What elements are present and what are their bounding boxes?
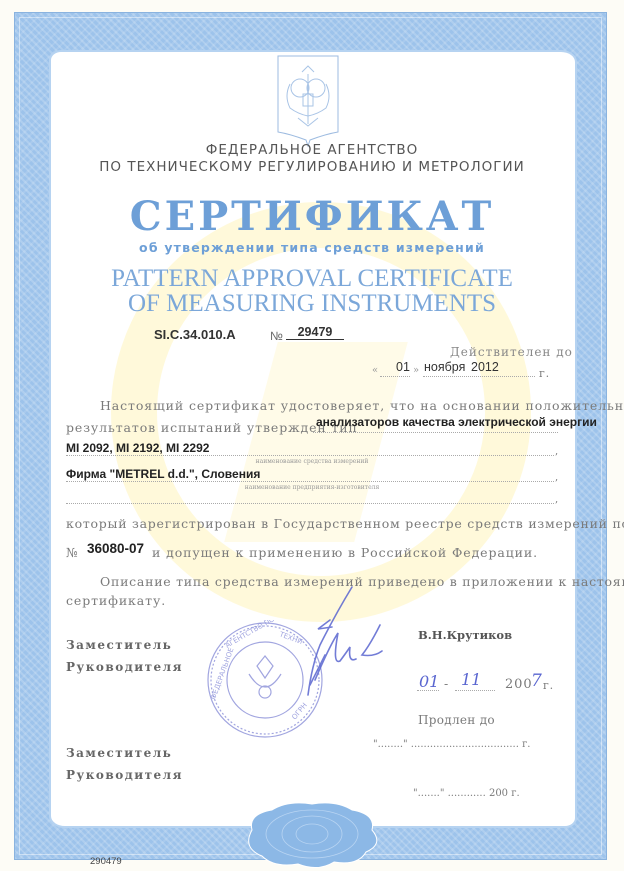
registry-suffix: и допущен к применению в Российской Феде… bbox=[152, 545, 538, 560]
agency-name-line2: ПО ТЕХНИЧЕСКОМУ РЕГУЛИРОВАНИЮ И МЕТРОЛОГ… bbox=[0, 159, 624, 175]
signer-name: В.Н.Крутиков bbox=[418, 628, 512, 642]
issue-dash: - bbox=[444, 676, 449, 691]
quote-open: « bbox=[372, 365, 378, 376]
valid-day: 01 bbox=[396, 360, 410, 374]
extended-sign-date: "......." ............ 200 г. bbox=[413, 788, 520, 799]
serial-number: 290479 bbox=[90, 856, 122, 867]
year-suffix: г. bbox=[539, 367, 550, 380]
number-sign: № bbox=[270, 329, 283, 343]
models-dots bbox=[66, 455, 554, 456]
day-dots bbox=[380, 376, 410, 377]
blank-dots bbox=[66, 503, 554, 504]
issue-year-printed: 200 bbox=[505, 677, 533, 692]
body-line1: Настоящий сертификат удостоверяет, что н… bbox=[100, 398, 624, 413]
certificate-subtitle-ru: об утверждении типа средств измерений bbox=[0, 240, 624, 255]
caption-manufacturer-name: наименование предприятия-изготовителя bbox=[0, 484, 624, 491]
certificate-code: SI.C.34.010.A bbox=[154, 327, 236, 342]
deputy-label-line2: Руководителя bbox=[66, 660, 183, 674]
certificate-title-en-line2: OF MEASURING INSTRUMENTS bbox=[0, 290, 624, 318]
guilloche-rosette-icon bbox=[238, 800, 386, 870]
description-line2: сертификату. bbox=[66, 593, 166, 608]
deputy-label-line1: Заместитель bbox=[66, 638, 172, 652]
registry-line: который зарегистрирован в Государственно… bbox=[66, 516, 624, 531]
quote-close: » bbox=[413, 365, 419, 376]
issue-day-handwritten: 01 bbox=[419, 672, 439, 691]
certificate-title-ru: СЕРТИФИКАТ bbox=[0, 193, 624, 240]
registry-number: 36080-07 bbox=[87, 541, 144, 556]
valid-month: ноября bbox=[424, 360, 465, 374]
issue-month-dots bbox=[455, 690, 495, 691]
valid-year: 2012 bbox=[471, 360, 499, 374]
manufacturer: Фирма "METREL d.d.", Словения bbox=[66, 467, 260, 481]
valid-until-label: Действителен до bbox=[450, 345, 573, 359]
month-year-dots bbox=[423, 376, 535, 377]
issue-suffix: г. bbox=[543, 679, 554, 692]
handwritten-signature-icon bbox=[290, 585, 390, 705]
blank-comma: , bbox=[555, 494, 559, 505]
registry-number-sign: № bbox=[66, 545, 79, 560]
type-dots bbox=[313, 432, 558, 433]
issue-month-handwritten: 11 bbox=[461, 670, 481, 689]
coat-of-arms-icon bbox=[276, 54, 340, 148]
manufacturer-comma: , bbox=[555, 472, 559, 483]
instrument-type: анализаторов качества электрической энер… bbox=[316, 415, 597, 429]
extended-until-date: "........" .............................… bbox=[373, 739, 530, 750]
certificate-number: 29479 bbox=[286, 325, 344, 340]
instrument-models: MI 2092, MI 2192, MI 2292 bbox=[66, 441, 209, 455]
caption-instrument-name: наименование средства измерений bbox=[0, 458, 624, 465]
certificate-title-en-line1: PATTERN APPROVAL CERTIFICATE bbox=[0, 265, 624, 293]
agency-name-line1: ФЕДЕРАЛЬНОЕ АГЕНТСТВО bbox=[0, 142, 624, 158]
deputy2-label-line2: Руководителя bbox=[66, 768, 183, 782]
issue-year-handwritten: 7 bbox=[531, 671, 542, 691]
models-comma: , bbox=[555, 446, 559, 457]
manufacturer-dots bbox=[66, 481, 554, 482]
extended-until-label: Продлен до bbox=[418, 713, 495, 727]
deputy2-label-line1: Заместитель bbox=[66, 746, 172, 760]
